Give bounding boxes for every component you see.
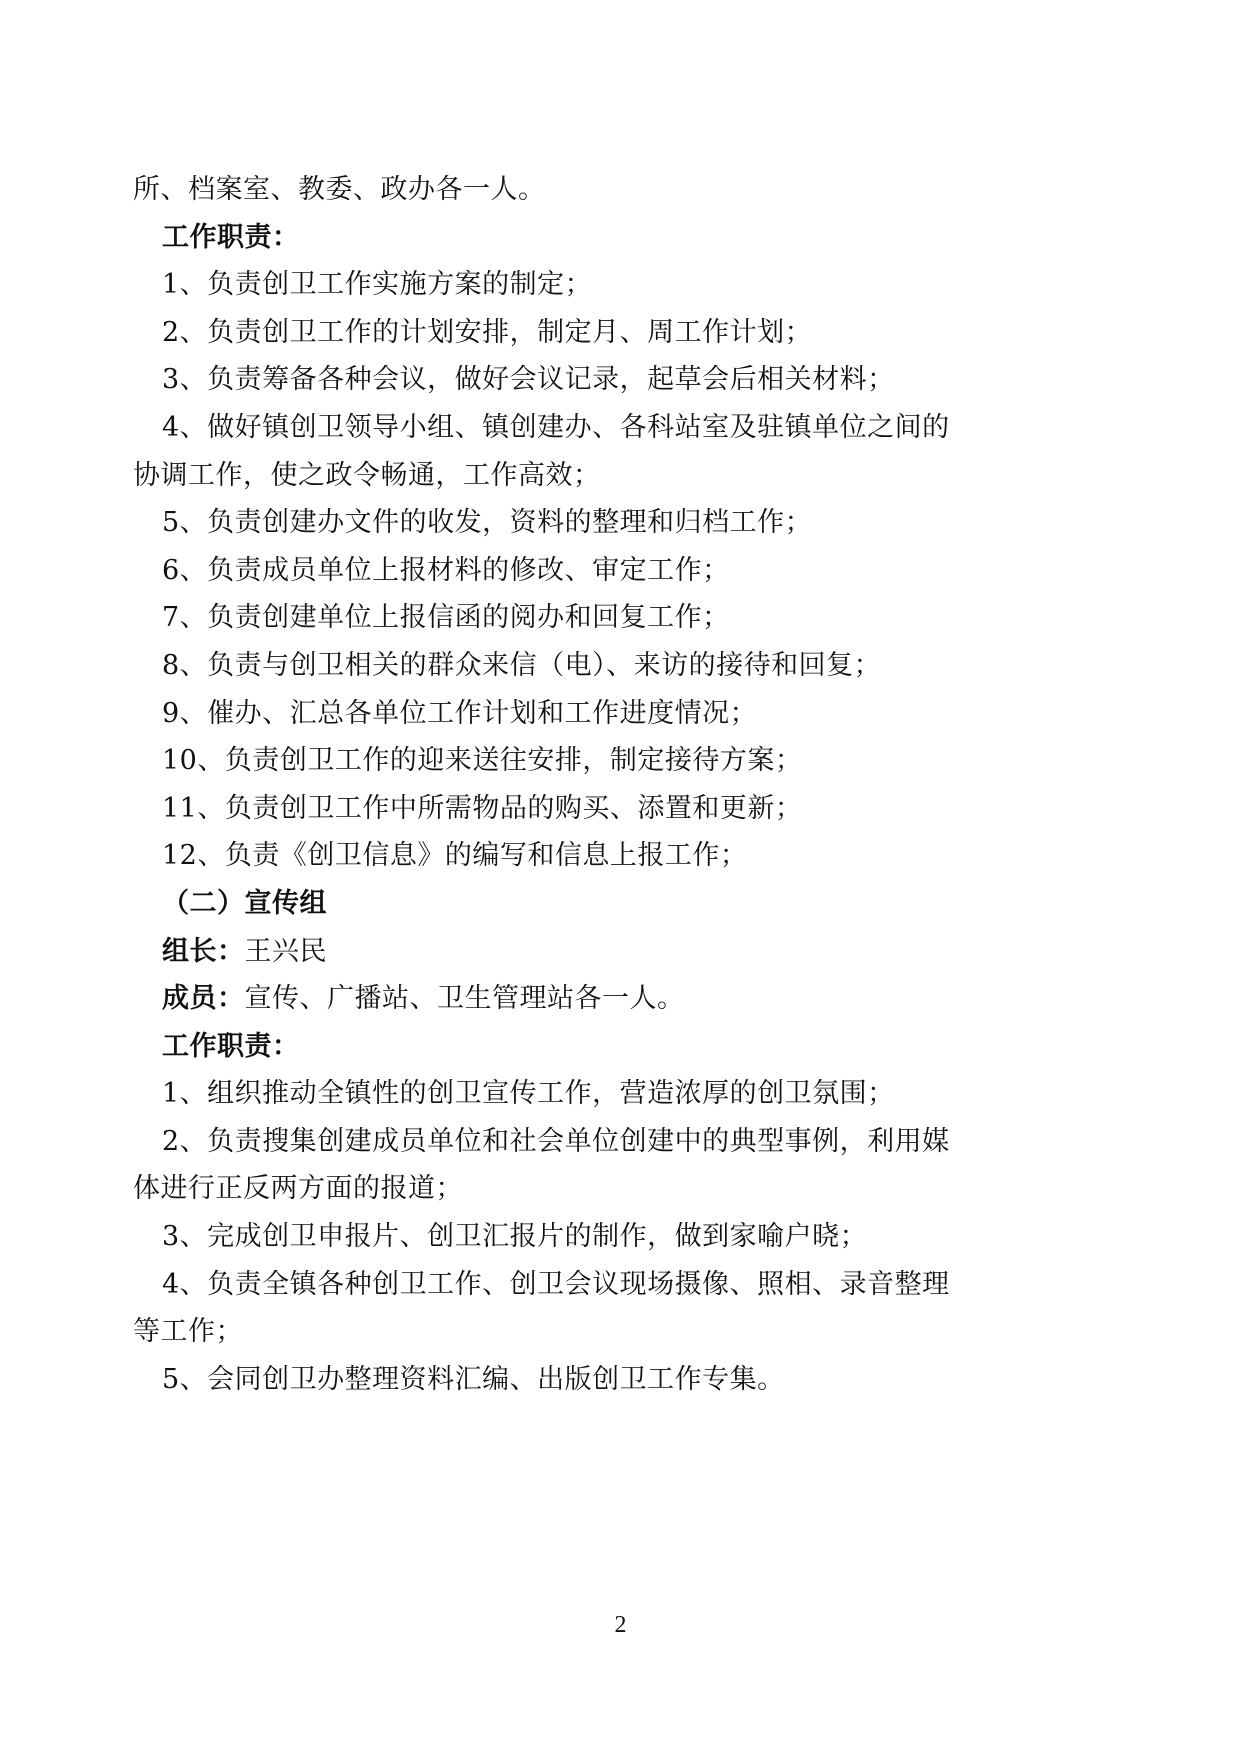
continuation-line: 所、档案室、教委、政办各一人。: [133, 166, 1005, 214]
leader-label: 组长：: [162, 936, 245, 967]
duty-item: 4、做好镇创卫领导小组、镇创建办、各科站室及驻镇单位之间的: [133, 404, 1005, 452]
members-label: 成员：: [162, 983, 245, 1014]
duty-item: 6、负责成员单位上报材料的修改、审定工作；: [133, 547, 1005, 595]
leader-line: 组长：王兴民: [133, 928, 1005, 976]
duty-item: 8、负责与创卫相关的群众来信（电）、来访的接待和回复；: [133, 642, 1005, 690]
duty-item: 11、负责创卫工作中所需物品的购买、添置和更新；: [133, 785, 1005, 833]
duty-item: 2、负责搜集创建成员单位和社会单位创建中的典型事例，利用媒: [133, 1118, 1005, 1166]
duty-item: 1、组织推动全镇性的创卫宣传工作，营造浓厚的创卫氛围；: [133, 1070, 1005, 1118]
duty-item-continuation: 等工作；: [133, 1308, 1005, 1356]
duty-item: 2、负责创卫工作的计划安排，制定月、周工作计划；: [133, 309, 1005, 357]
duties-heading: 工作职责：: [133, 214, 1005, 262]
page-number: 2: [0, 1612, 1241, 1639]
duty-item: 1、负责创卫工作实施方案的制定；: [133, 261, 1005, 309]
duty-item: 7、负责创建单位上报信函的阅办和回复工作；: [133, 594, 1005, 642]
duty-item-continuation: 协调工作，使之政令畅通，工作高效；: [133, 452, 1005, 500]
document-page: 所、档案室、教委、政办各一人。 工作职责： 1、负责创卫工作实施方案的制定； 2…: [0, 0, 1241, 1754]
duty-item: 4、负责全镇各种创卫工作、创卫会议现场摄像、照相、录音整理: [133, 1261, 1005, 1309]
duty-item: 5、会同创卫办整理资料汇编、出版创卫工作专集。: [133, 1356, 1005, 1404]
duties-heading: 工作职责：: [133, 1023, 1005, 1071]
members-line: 成员：宣传、广播站、卫生管理站各一人。: [133, 975, 1005, 1023]
section-title: （二）宣传组: [133, 880, 1005, 928]
duty-item: 12、负责《创卫信息》的编写和信息上报工作；: [133, 832, 1005, 880]
duty-item: 9、催办、汇总各单位工作计划和工作进度情况；: [133, 690, 1005, 738]
duty-item-continuation: 体进行正反两方面的报道；: [133, 1165, 1005, 1213]
page-body: 所、档案室、教委、政办各一人。 工作职责： 1、负责创卫工作实施方案的制定； 2…: [133, 166, 1005, 1403]
leader-value: 王兴民: [245, 936, 328, 967]
duty-item: 3、负责筹备各种会议，做好会议记录，起草会后相关材料；: [133, 356, 1005, 404]
duty-item: 5、负责创建办文件的收发，资料的整理和归档工作；: [133, 499, 1005, 547]
duty-item: 10、负责创卫工作的迎来送往安排，制定接待方案；: [133, 737, 1005, 785]
members-value: 宣传、广播站、卫生管理站各一人。: [245, 983, 685, 1014]
duty-item: 3、完成创卫申报片、创卫汇报片的制作，做到家喻户晓；: [133, 1213, 1005, 1261]
